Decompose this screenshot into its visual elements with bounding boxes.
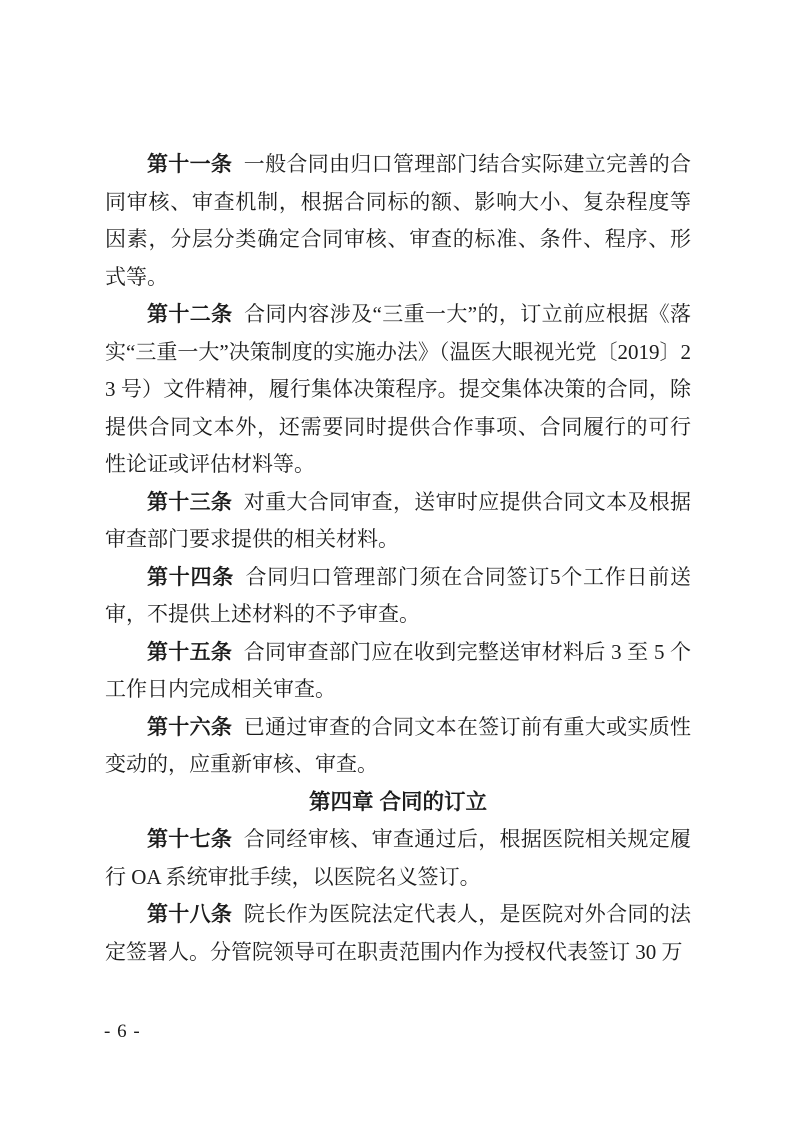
article-paragraph-12: 第十二条合同内容涉及“三重一大”的，订立前应根据《落实“三重一大”决策制度的实施…	[105, 296, 691, 484]
page-number: - 6 -	[104, 1020, 141, 1044]
article-number: 第十六条	[147, 716, 232, 739]
article-number: 第十四条	[147, 566, 234, 589]
article-paragraph-14: 第十四条合同归口管理部门须在合同签订5个工作日前送审，不提供上述材料的不予审查。	[105, 559, 691, 634]
article-paragraph-11: 第十一条一般合同由归口管理部门结合实际建立完善的合同审核、审查机制，根据合同标的…	[105, 146, 691, 296]
article-number: 第十二条	[147, 303, 233, 326]
article-number: 第十七条	[147, 828, 232, 851]
article-paragraph-15: 第十五条合同审查部门应在收到完整送审材料后 3 至 5 个工作日内完成相关审查。	[105, 634, 691, 709]
document-page: 第十一条一般合同由归口管理部门结合实际建立完善的合同审核、审查机制，根据合同标的…	[0, 0, 794, 1123]
article-number: 第十一条	[147, 153, 232, 176]
article-text: 合同内容涉及“三重一大”的，订立前应根据《落实“三重一大”决策制度的实施办法》（…	[105, 302, 691, 476]
document-body: 第十一条一般合同由归口管理部门结合实际建立完善的合同审核、审查机制，根据合同标的…	[105, 146, 691, 971]
article-number: 第十五条	[147, 641, 232, 664]
article-paragraph-16: 第十六条已通过审查的合同文本在签订前有重大或实质性变动的，应重新审核、审查。	[105, 709, 691, 784]
chapter-heading: 第四章 合同的订立	[105, 784, 691, 822]
article-paragraph-18: 第十八条院长作为医院法定代表人，是医院对外合同的法定签署人。分管院领导可在职责范…	[105, 896, 691, 971]
article-number: 第十三条	[147, 491, 232, 514]
article-paragraph-17: 第十七条合同经审核、审查通过后，根据医院相关规定履行 OA 系统审批手续，以医院…	[105, 821, 691, 896]
article-number: 第十八条	[147, 903, 232, 926]
article-paragraph-13: 第十三条对重大合同审查，送审时应提供合同文本及根据审查部门要求提供的相关材料。	[105, 484, 691, 559]
